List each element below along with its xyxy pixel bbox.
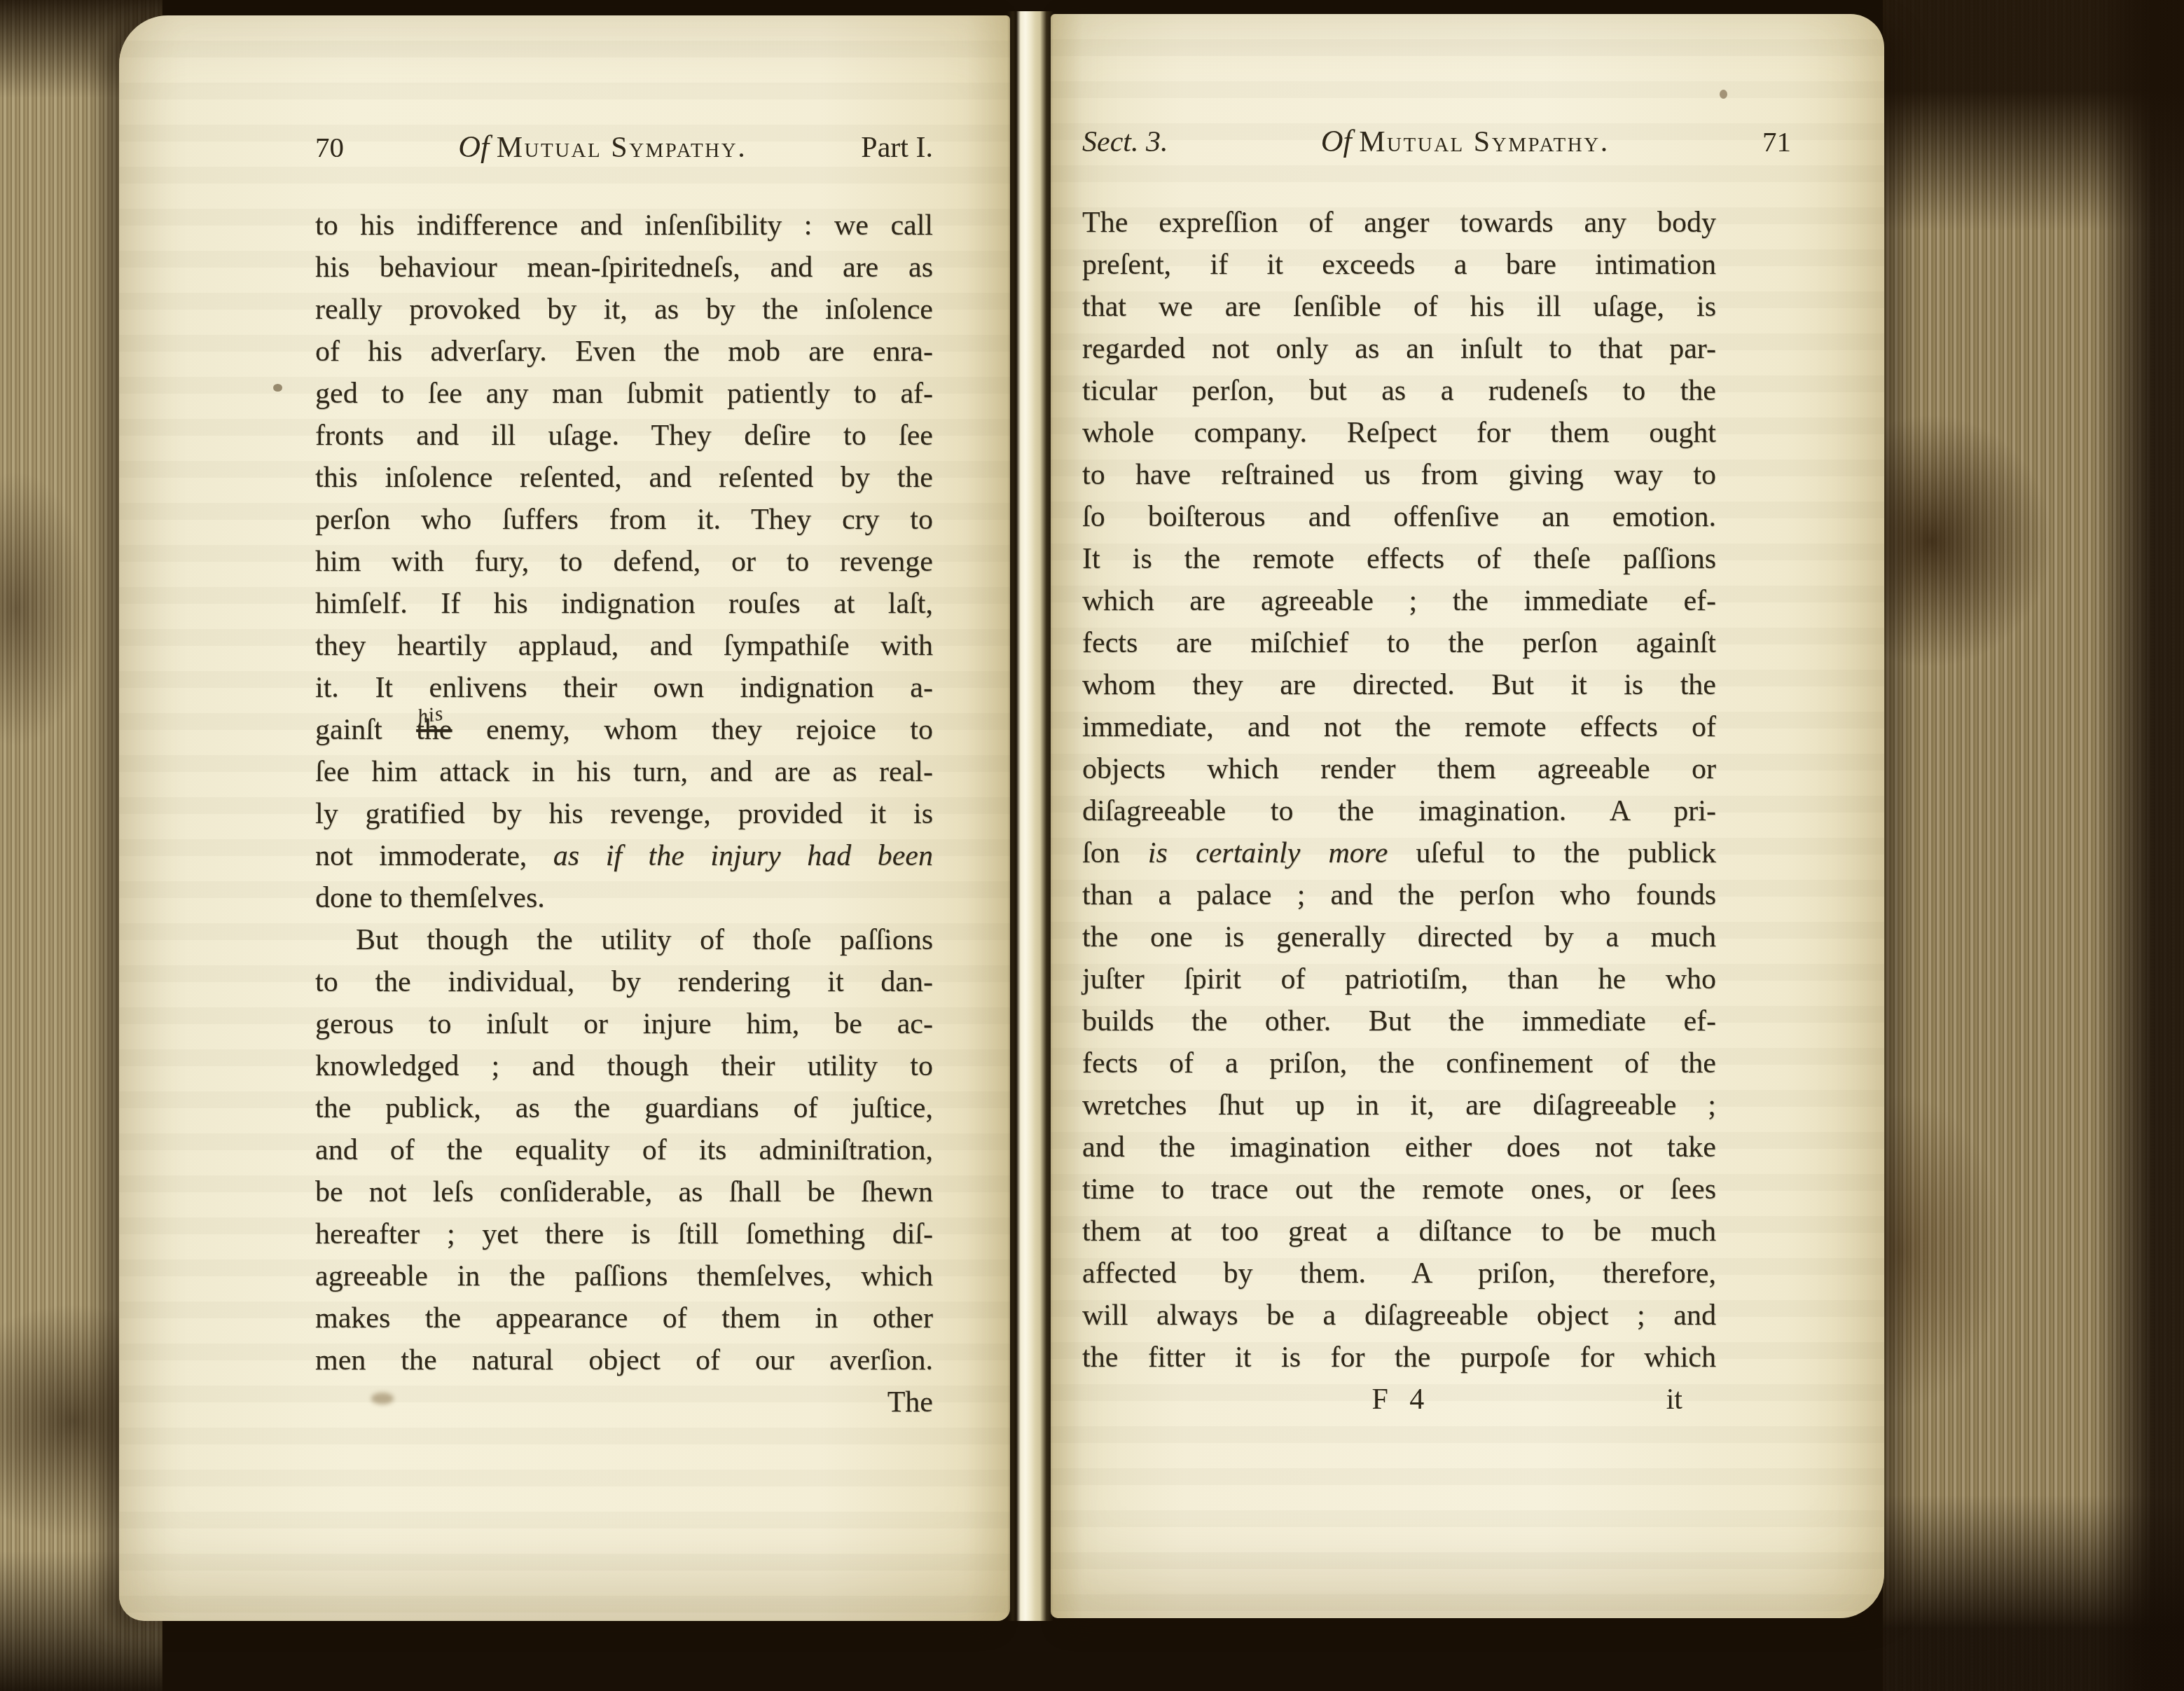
body-line: his behaviour mean-ſpiritedneſs, and are… <box>315 247 933 289</box>
left-page-number: 70 <box>315 130 344 164</box>
body-line: makes the appearance of them in other <box>315 1297 933 1339</box>
right-fore-edge-pages <box>1883 0 2184 1691</box>
left-paragraph-1: to his indifference and inſenſibility : … <box>315 205 933 919</box>
body-line: him with fury, to defend, or to revenge <box>315 541 933 583</box>
body-line: the fitter it is for the purpoſe for whi… <box>1082 1337 1716 1379</box>
body-line: diſagreeable to the imagination. A pri- <box>1082 790 1716 832</box>
struck-word: thehis <box>416 714 452 746</box>
right-paragraph: The expreſſion of anger towards any body… <box>1082 202 1716 1379</box>
body-line: fronts and ill uſage. They deſire to ſee <box>315 415 933 457</box>
body-line: ſee him attack in his turn, and are as r… <box>315 751 933 793</box>
body-line: But though the utility of thoſe paſſions <box>315 919 933 961</box>
body-line: objects which render them agreeable or <box>1082 748 1716 790</box>
body-line: ly gratified by his revenge, provided it… <box>315 793 933 835</box>
body-line: agreeable in the paſſions themſelves, wh… <box>315 1255 933 1297</box>
left-page-header: 70 Of Mutual Sympathy. Part I. <box>315 129 933 165</box>
body-line: time to trace out the remote ones, or ſe… <box>1082 1168 1716 1210</box>
body-line: The expreſſion of anger towards any body <box>1082 202 1716 244</box>
body-line: done to themſelves. <box>315 877 933 919</box>
body-line: and of the equality of its adminiſtratio… <box>315 1129 933 1171</box>
right-page-number: 71 <box>1762 125 1791 158</box>
body-line: builds the other. But the immediate ef- <box>1082 1000 1716 1042</box>
body-line: will always be a diſagreeable object ; a… <box>1082 1295 1716 1337</box>
book-gutter <box>1007 11 1053 1621</box>
body-line: than a palace ; and the perſon who found… <box>1082 874 1716 916</box>
right-catchword: it <box>1666 1379 1682 1421</box>
body-line: to the individual, by rendering it dan- <box>315 961 933 1003</box>
signature-mark: F 4 <box>1371 1379 1431 1421</box>
open-book-photo: 70 Of Mutual Sympathy. Part I. to his in… <box>0 0 2184 1691</box>
part-label: Part I. <box>861 131 933 165</box>
body-line: fects of a priſon, the confinement of th… <box>1082 1042 1716 1084</box>
body-line: preſent, if it exceeds a bare intimation <box>1082 244 1716 286</box>
body-line: ſon is certainly more uſeful to the publ… <box>1082 832 1716 874</box>
section-label: Sect. 3. <box>1082 125 1168 159</box>
body-line: this inſolence reſented, and reſented by… <box>315 457 933 499</box>
body-line: ſo boiſterous and offenſive an emotion. <box>1082 496 1716 538</box>
body-line: which are agreeable ; the immediate ef- <box>1082 580 1716 622</box>
body-line: perſon who ſuffers from it. They cry to <box>315 499 933 541</box>
body-line: fects are miſchief to the perſon againſt <box>1082 622 1716 664</box>
body-line: It is the remote effects of theſe paſſio… <box>1082 538 1716 580</box>
body-line: himſelf. If his indignation rouſes at la… <box>315 583 933 625</box>
body-line: to his indifference and inſenſibility : … <box>315 205 933 247</box>
left-running-title: Of Mutual Sympathy. <box>458 129 747 165</box>
body-line: affected by them. A priſon, therefore, <box>1082 1252 1716 1295</box>
body-line: be not leſs conſiderable, as ſhall be ſh… <box>315 1171 933 1213</box>
body-line: of his adverſary. Even the mob are enra- <box>315 331 933 373</box>
body-line: ged to ſee any man ſubmit patiently to a… <box>315 373 933 415</box>
body-line: men the natural object of our averſion. <box>315 1339 933 1381</box>
body-line: ticular perſon, but as a rudeneſs to the <box>1082 370 1716 412</box>
body-line: juſter ſpirit of patriotiſm, than he who <box>1082 958 1716 1000</box>
right-running-title: Of Mutual Sympathy. <box>1321 123 1610 159</box>
left-page-text: to his indifference and inſenſibility : … <box>315 205 933 1423</box>
signature-row: F 4 it <box>1082 1379 1716 1421</box>
body-line: whole company. Reſpect for them ought <box>1082 412 1716 454</box>
body-line: gainſt thehis enemy, whom they rejoice t… <box>315 709 933 751</box>
body-line: whom they are directed. But it is the <box>1082 664 1716 706</box>
body-line: not immoderate, as if the injury had bee… <box>315 835 933 877</box>
body-line: they heartily applaud, and ſympathiſe wi… <box>315 625 933 667</box>
body-line: regarded not only as an inſult to that p… <box>1082 328 1716 370</box>
body-line: gerous to inſult or injure him, be ac- <box>315 1003 933 1045</box>
body-line: them at too great a diſtance to be much <box>1082 1210 1716 1252</box>
body-line: and the imagination either does not take <box>1082 1126 1716 1168</box>
body-line: knowledged ; and though their utility to <box>315 1045 933 1087</box>
right-page-header: Sect. 3. Of Mutual Sympathy. 71 <box>1082 123 1791 159</box>
body-line: wretches ſhut up in it, are diſagreeable… <box>1082 1084 1716 1126</box>
body-line: really provoked by it, as by the inſolen… <box>315 289 933 331</box>
body-line: that we are ſenſible of his ill uſage, i… <box>1082 286 1716 328</box>
body-line: the one is generally directed by a much <box>1082 916 1716 958</box>
right-page-text: The expreſſion of anger towards any body… <box>1082 202 1716 1421</box>
body-line: hereafter ; yet there is ſtill ſomething… <box>315 1213 933 1255</box>
body-line: immediate, and not the remote effects of <box>1082 706 1716 748</box>
left-catchword: The <box>315 1381 933 1423</box>
body-line: to have reſtrained us from giving way to <box>1082 454 1716 496</box>
body-line: the publick, as the guardians of juſtice… <box>315 1087 933 1129</box>
left-paragraph-2: But though the utility of thoſe paſſions… <box>315 919 933 1381</box>
body-line: it. It enlivens their own indignation a- <box>315 667 933 709</box>
